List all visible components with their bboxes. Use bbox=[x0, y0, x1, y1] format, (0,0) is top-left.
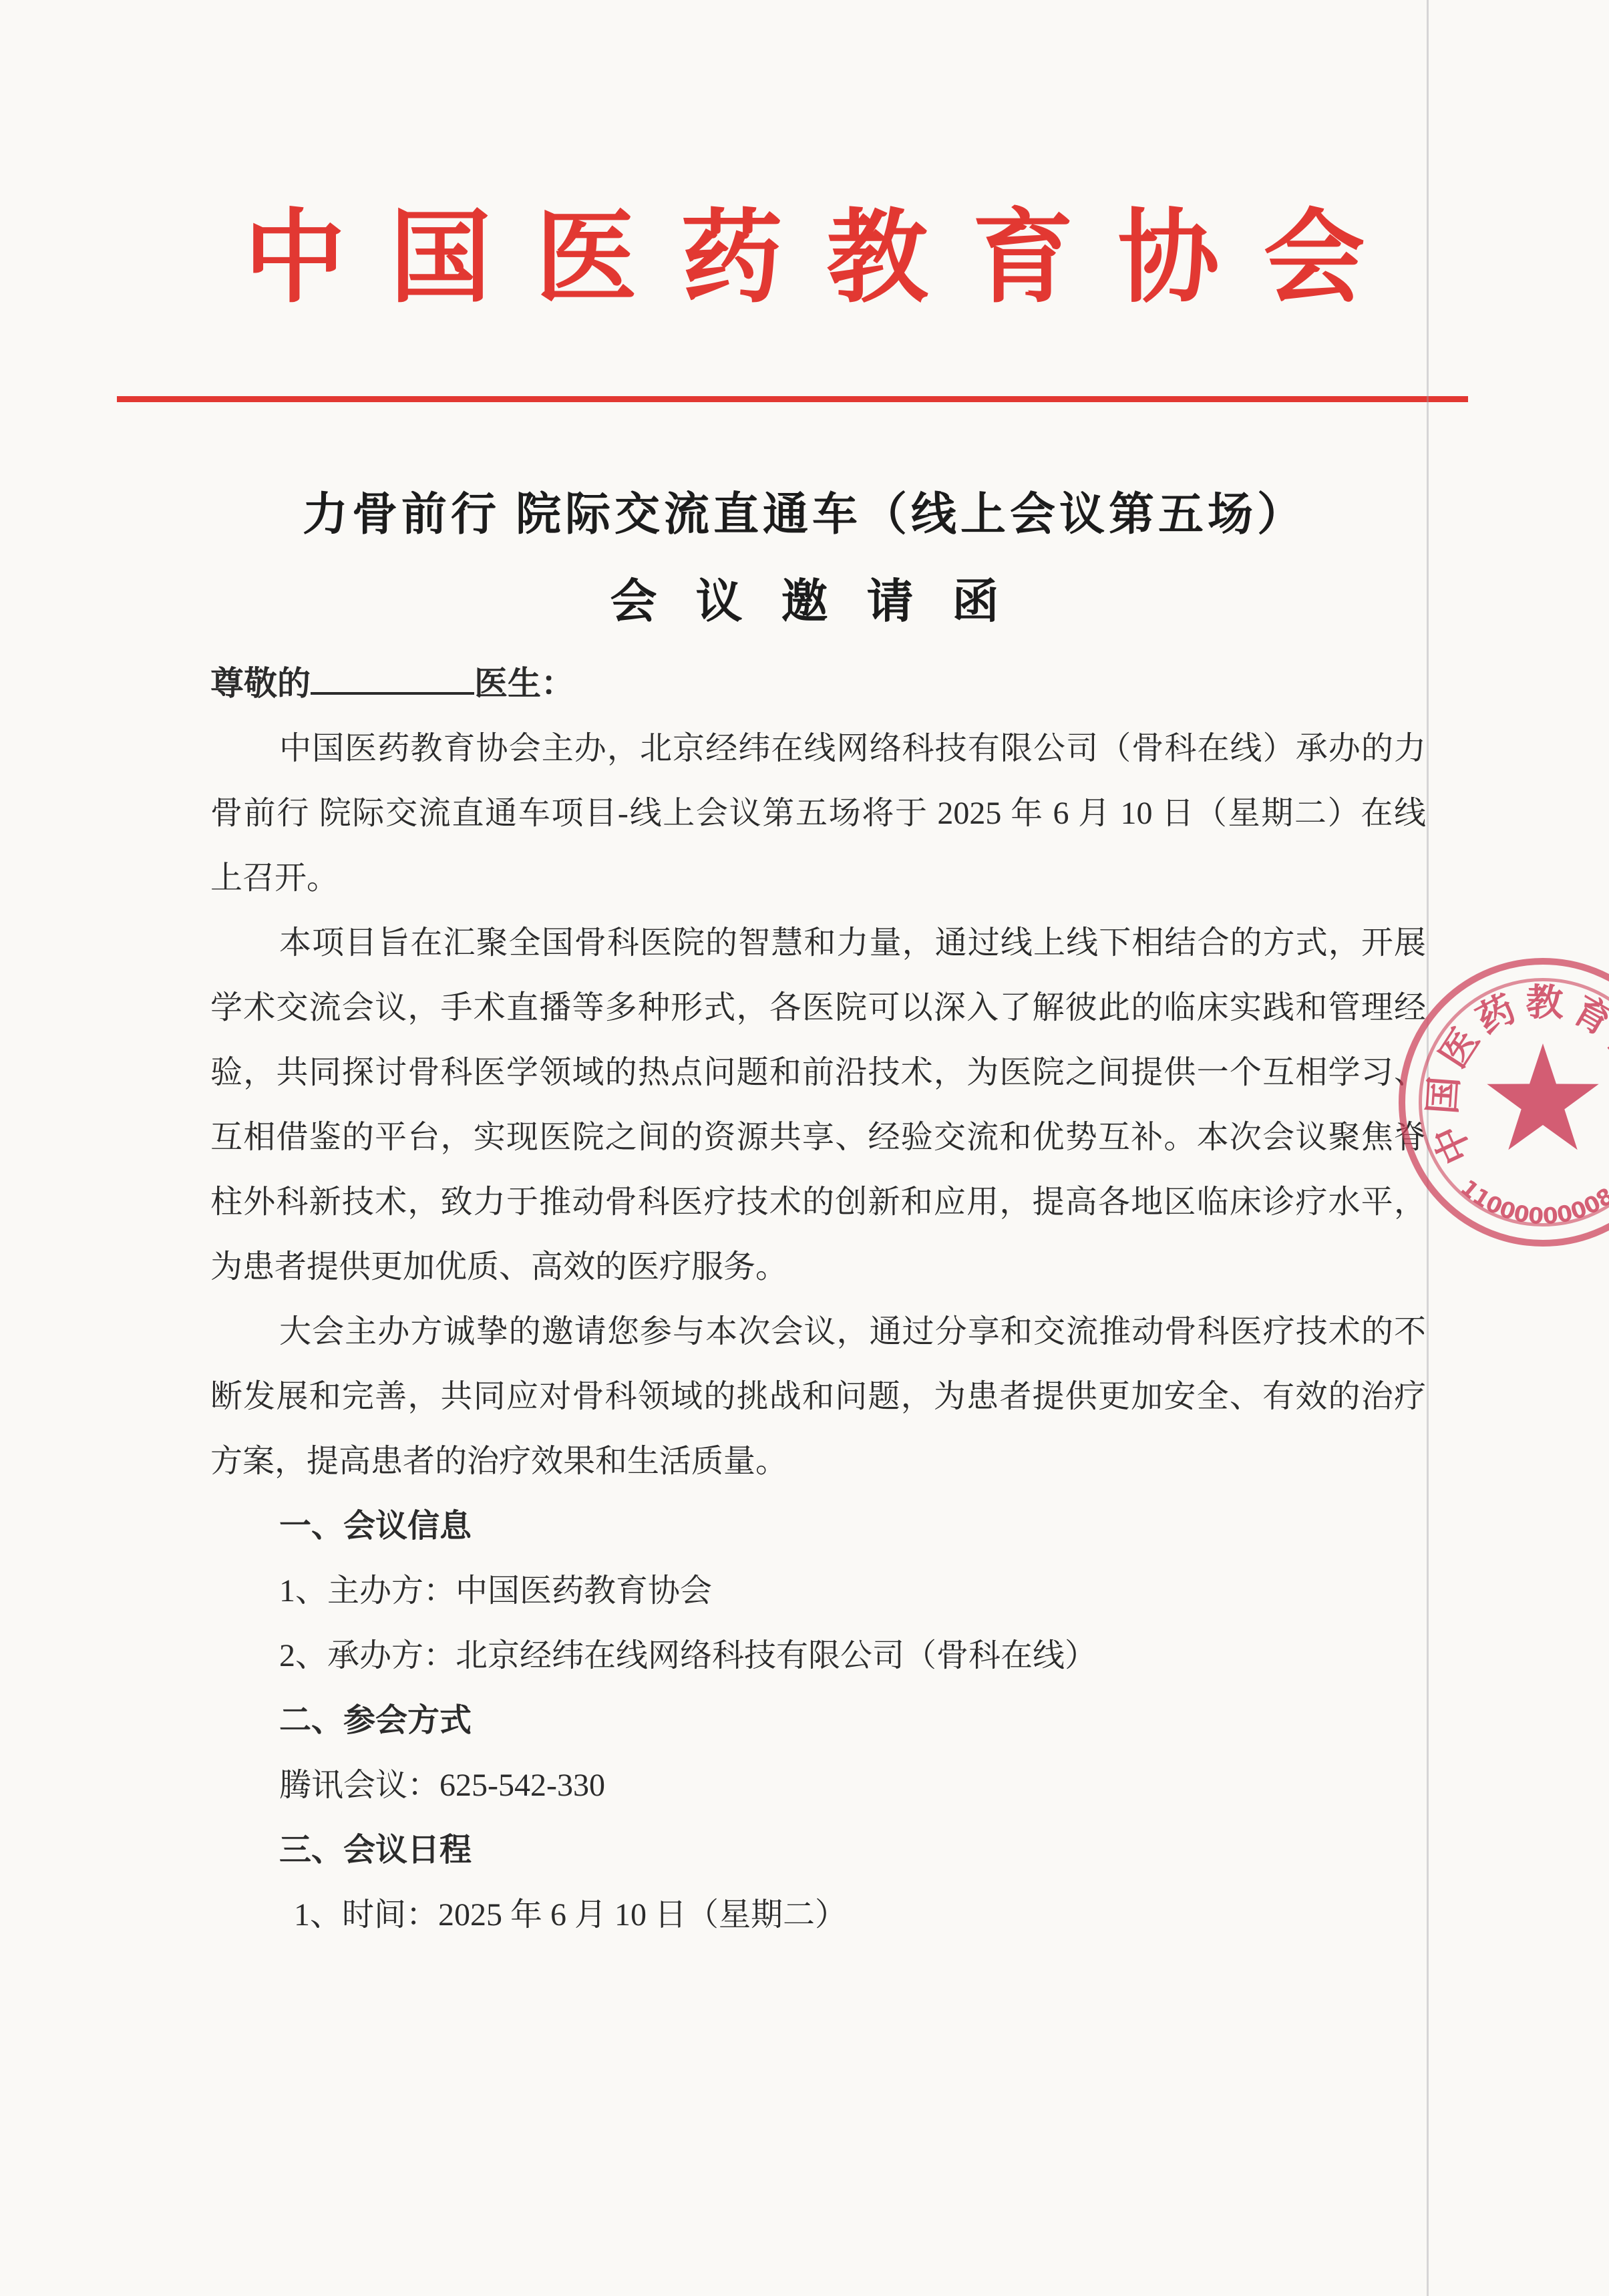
document-title: 力骨前行 院际交流直通车（线上会议第五场） bbox=[0, 490, 1609, 540]
body-line: 方案，提高患者的治疗效果和生活质量。 bbox=[210, 1429, 1426, 1494]
letterhead-divider-rule bbox=[117, 396, 1468, 402]
greeting-prefix: 尊敬的 bbox=[210, 665, 311, 702]
scanned-invitation-letter: 中国医药教育协会 力骨前行 院际交流直通车（线上会议第五场） 会议邀请函 尊敬的… bbox=[0, 0, 1609, 2296]
body-line: 中国医药教育协会主办，北京经纬在线网络科技有限公司（骨科在线）承办的力 bbox=[210, 716, 1426, 781]
body-line: 断发展和完善，共同应对骨科领域的挑战和问题，为患者提供更加安全、有效的治疗 bbox=[210, 1364, 1426, 1429]
body-line: 上召开。 bbox=[210, 846, 1426, 911]
body-line: 骨前行 院际交流直通车项目-线上会议第五场将于 2025 年 6 月 10 日（… bbox=[210, 781, 1426, 846]
letter-body: 尊敬的医生： 中国医药教育协会主办，北京经纬在线网络科技有限公司（骨科在线）承办… bbox=[210, 651, 1426, 1947]
seal-ring-char: 国 bbox=[1424, 1076, 1464, 1116]
body-line: 验，共同探讨骨科医学领域的热点问题和前沿技术，为医院之间提供一个互相学习、 bbox=[210, 1040, 1426, 1105]
body-line: 本项目旨在汇聚全国骨科医院的智慧和力量，通过线上线下相结合的方式，开展 bbox=[210, 911, 1426, 975]
body-line: 大会主办方诚挚的邀请您参与本次会议，通过分享和交流推动骨科医疗技术的不 bbox=[210, 1299, 1426, 1364]
document-subtitle: 会议邀请函 bbox=[0, 576, 1609, 630]
list-item-tencent-meeting-id: 腾讯会议：625-542-330 bbox=[210, 1753, 1426, 1818]
section-heading-agenda: 三、会议日程 bbox=[210, 1818, 1426, 1882]
list-item-host: 1、主办方：中国医药教育协会 bbox=[210, 1559, 1426, 1623]
section-heading-participation: 二、参会方式 bbox=[210, 1688, 1426, 1753]
seal-ring-char: 教 bbox=[1526, 985, 1564, 1023]
list-item-meeting-time: 1、时间：2025 年 6 月 10 日（星期二） bbox=[210, 1882, 1426, 1947]
letterhead-org-name: 中国医药教育协会 bbox=[0, 206, 1609, 313]
body-line: 学术交流会议，手术直播等多种形式，各医院可以深入了解彼此的临床实践和管理经 bbox=[210, 975, 1426, 1040]
greeting-line: 尊敬的医生： bbox=[210, 651, 1426, 716]
greeting-suffix: 医生： bbox=[474, 665, 574, 702]
body-line: 为患者提供更加优质、高效的医疗服务。 bbox=[210, 1235, 1426, 1299]
body-line: 柱外科新技术，致力于推动骨科医疗技术的创新和应用，提高各地区临床诊疗水平， bbox=[210, 1170, 1426, 1235]
section-heading-meeting-info: 一、会议信息 bbox=[210, 1494, 1426, 1559]
name-blank-underline bbox=[311, 685, 474, 695]
body-line: 互相借鉴的平台，实现医院之间的资源共享、经验交流和优势互补。本次会议聚焦脊 bbox=[210, 1105, 1426, 1170]
star-icon bbox=[1476, 1035, 1609, 1169]
list-item-organizer: 2、承办方：北京经纬在线网络科技有限公司（骨科在线） bbox=[210, 1623, 1426, 1688]
